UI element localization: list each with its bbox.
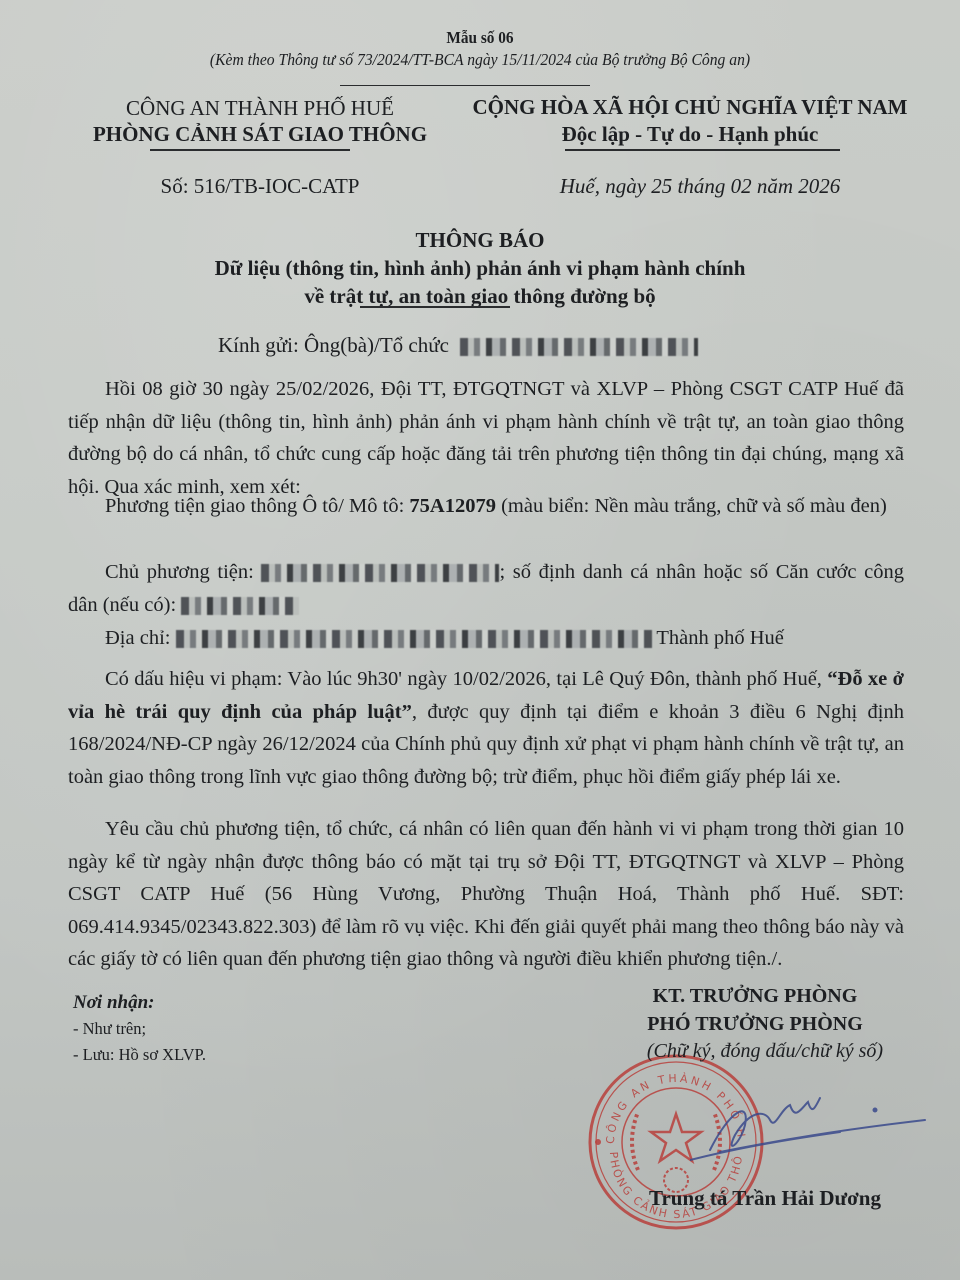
document-title: THÔNG BÁO (0, 228, 960, 253)
signer-position: PHÓ TRƯỞNG PHÒNG (590, 1013, 920, 1036)
recipient-redacted (460, 338, 698, 356)
header-divider (340, 85, 590, 86)
owner-redacted (261, 564, 499, 582)
agency-name: CÔNG AN THÀNH PHỐ HUẾ (80, 96, 440, 121)
national-title: CỘNG HÒA XÃ HỘI CHỦ NGHĨA VIỆT NAM (440, 95, 940, 120)
motto-underline (565, 149, 840, 151)
receiver-item: - Như trên; (73, 1019, 146, 1039)
paragraph-address: Địa chỉ: Thành phố Huế (68, 622, 904, 655)
address-redacted (176, 630, 652, 648)
national-motto: Độc lập - Tự do - Hạnh phúc (440, 122, 940, 147)
recipient-line: Kính gửi: Ông(bà)/Tổ chức (218, 333, 698, 358)
agency-department: PHÒNG CẢNH SÁT GIAO THÔNG (80, 122, 440, 147)
title-underline (360, 306, 510, 308)
agency-underline (150, 149, 350, 151)
paragraph-violation: Có dấu hiệu vi phạm: Vào lúc 9h30' ngày … (68, 663, 904, 793)
receivers-title: Nơi nhận: (73, 992, 154, 1014)
paragraph-owner: Chủ phương tiện: ; số định danh cá nhân … (68, 556, 904, 621)
owner-id-redacted (181, 597, 299, 615)
paragraph-vehicle: Phương tiện giao thông Ô tô/ Mô tô: 75A1… (68, 490, 904, 523)
document-subtitle-line1: Dữ liệu (thông tin, hình ảnh) phản ánh v… (0, 256, 960, 281)
handwritten-signature-icon (690, 1080, 930, 1170)
form-number: Mẫu số 06 (48, 28, 912, 48)
recipient-label: Kính gửi: Ông(bà)/Tổ chức (218, 333, 449, 357)
paragraph-receipt: Hồi 08 giờ 30 ngày 25/02/2026, Đội TT, Đ… (68, 373, 904, 503)
signer-authority: KT. TRƯỞNG PHÒNG (590, 985, 920, 1008)
place-date: Huế, ngày 25 tháng 02 năm 2026 (450, 174, 950, 199)
signer-name: Trung tá Trần Hải Dương (590, 1186, 940, 1211)
paragraph-request: Yêu cầu chủ phương tiện, tổ chức, cá nhâ… (68, 813, 904, 976)
document-number: Số: 516/TB-IOC-CATP (80, 174, 440, 199)
receiver-item: - Lưu: Hồ sơ XLVP. (73, 1045, 206, 1065)
plate-number: 75A12079 (409, 495, 496, 517)
signature-note: (Chữ ký, đóng dấu/chữ ký số) (590, 1040, 940, 1063)
form-reference: (Kèm theo Thông tư số 73/2024/TT-BCA ngà… (38, 50, 921, 70)
